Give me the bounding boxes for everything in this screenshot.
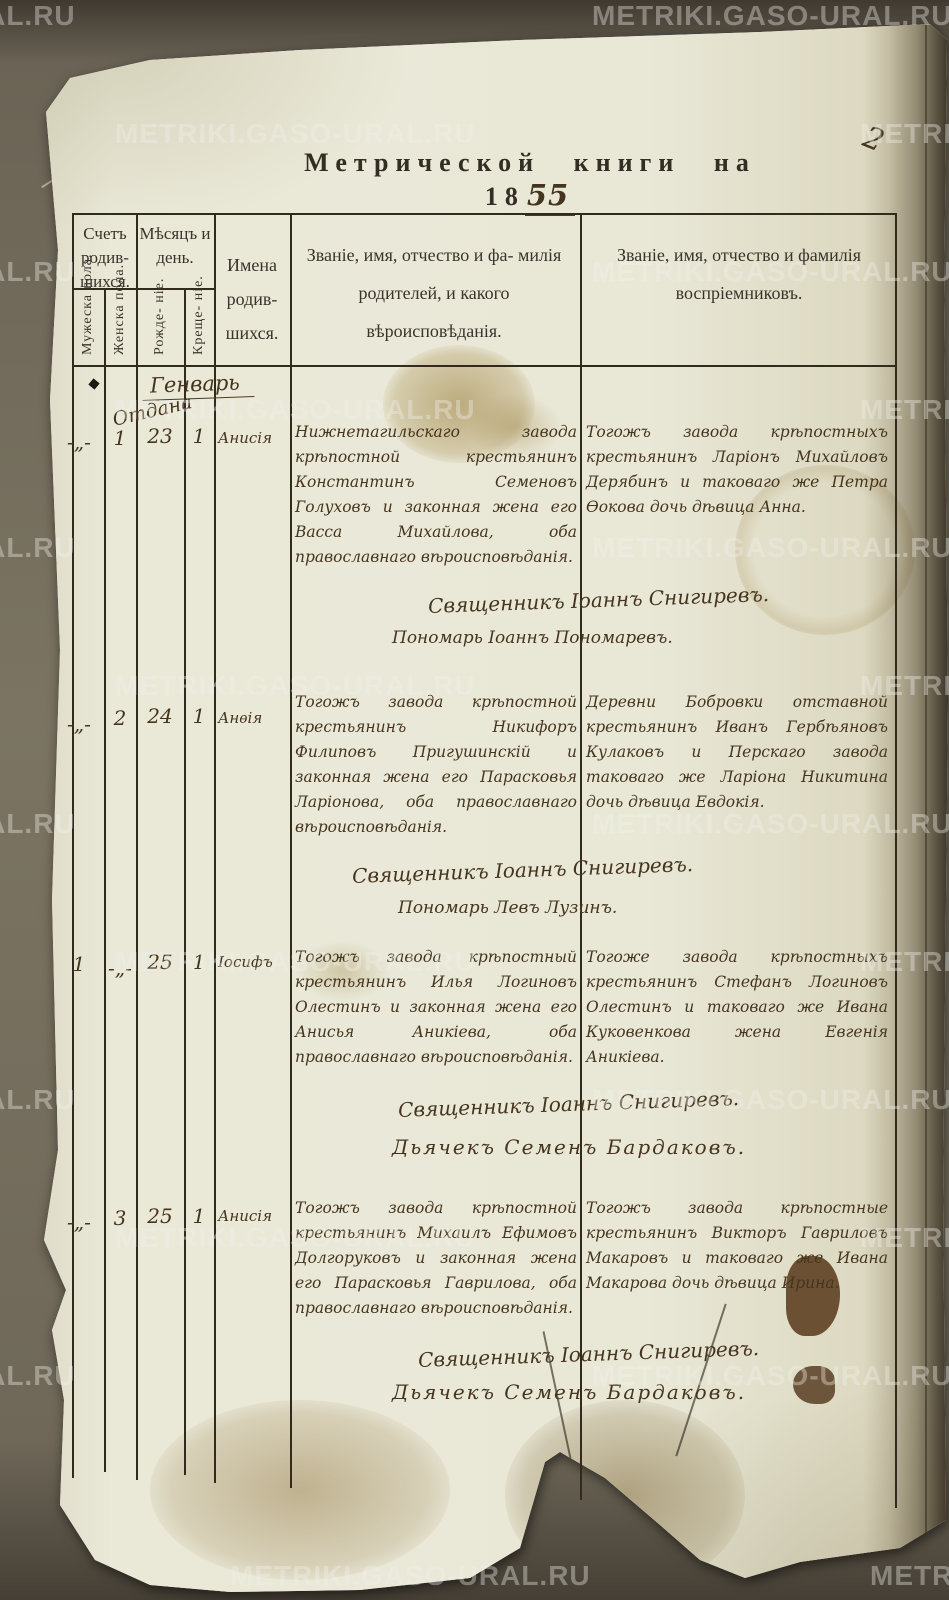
watermark-text: METRIKI.GASO-URAL.RU — [115, 670, 476, 702]
clerk-signature: Пономарь Левъ Лузинъ. — [398, 898, 617, 918]
clerk-signature: Пономарь Іоаннъ Пономаревъ. — [392, 628, 673, 648]
table-hline — [72, 213, 896, 215]
watermark-text: METRIKI.GASO-URAL.RU — [115, 1222, 476, 1254]
birth-day: 24 — [136, 704, 184, 728]
parents-text: Тогожъ завода крѣпостной крестьянинъ Ник… — [295, 690, 577, 840]
count-male: -„- — [56, 712, 102, 736]
watermark-text: METRIKI.GASO-URAL.RU — [115, 394, 476, 426]
watermark-text: METRIKI.GASO-URAL.RU — [870, 1560, 949, 1592]
count-female: 1 — [104, 426, 136, 450]
watermark-text: METRIKI.GASO-URAL.RU — [860, 670, 949, 702]
watermark-text: METRIKI.GASO-URAL.RU — [592, 532, 949, 564]
table-vline — [184, 288, 186, 1475]
watermark-text: METRIKI.GASO-URAL.RU — [0, 808, 76, 840]
header-names: Имена родив- шихся. — [216, 248, 288, 350]
table-vline — [104, 288, 106, 1472]
baptism-day: 1 — [184, 704, 214, 728]
header-month-group: Мѣсяцъ и день. — [138, 222, 212, 270]
header-month-birth: Рожде- ніе. — [152, 285, 168, 355]
header-count-male: Мужеска пола. — [80, 285, 96, 355]
watermark-text: METRIKI.GASO-URAL.RU — [115, 946, 476, 978]
count-male: -„- — [56, 1210, 102, 1234]
child-name: Анѳія — [218, 708, 288, 728]
birth-day: 23 — [136, 424, 184, 448]
watermark-text: METRIKI.GASO-URAL.RU — [0, 0, 76, 32]
clerk-signature: Дьячекъ Семенъ Бардаковъ. — [392, 1135, 746, 1159]
godparents-text: Тогоже завода крѣпостныхъ крестьянинъ Ст… — [586, 945, 888, 1070]
header-parents: Званіе, имя, отчество и фа- милія родите… — [300, 236, 568, 350]
watermark-text: METRIKI.GASO-URAL.RU — [0, 532, 76, 564]
table-hline — [72, 365, 896, 367]
watermark-text: METRIKI.GASO-URAL.RU — [592, 256, 949, 288]
child-name: Анисія — [218, 428, 288, 448]
water-stain — [150, 1400, 450, 1580]
watermark-text: METRIKI.GASO-URAL.RU — [860, 1222, 949, 1254]
watermark-text: METRIKI.GASO-URAL.RU — [0, 256, 76, 288]
header-count-female: Женска пола. — [112, 285, 128, 355]
watermark-text: METRIKI.GASO-URAL.RU — [860, 118, 949, 150]
watermark-text: METRIKI.GASO-URAL.RU — [115, 118, 476, 150]
watermark-text: METRIKI.GASO-URAL.RU — [230, 1560, 591, 1592]
screenshot-root: Метрической книги на 1855 2 Счетъ родив-… — [0, 0, 949, 1600]
watermark-text: METRIKI.GASO-URAL.RU — [592, 0, 949, 32]
watermark-text: METRIKI.GASO-URAL.RU — [860, 394, 949, 426]
watermark-text: METRIKI.GASO-URAL.RU — [592, 1360, 949, 1392]
godparents-text: Тогожъ завода крѣпостные крестьянинъ Вик… — [586, 1196, 888, 1296]
parents-text: Нижнетагильскаго завода крѣпостной крест… — [295, 420, 577, 570]
godparents-text: Тогожъ завода крѣпостныхъ крестьянинъ Ла… — [586, 420, 888, 520]
watermark-text: METRIKI.GASO-URAL.RU — [592, 1084, 949, 1116]
parents-text: Тогожъ завода крѣпостной крестьянинъ Мих… — [295, 1196, 577, 1321]
watermark-text: METRIKI.GASO-URAL.RU — [860, 946, 949, 978]
watermark-text: METRIKI.GASO-URAL.RU — [0, 1360, 76, 1392]
page-title: Метрической книги на 1855 — [250, 148, 810, 212]
watermark-text: METRIKI.GASO-URAL.RU — [0, 1084, 76, 1116]
table-vline — [72, 213, 74, 1478]
count-female: 2 — [104, 706, 136, 730]
title-year-handwritten: 55 — [525, 178, 575, 216]
baptism-day: 1 — [184, 424, 214, 448]
watermark-text: METRIKI.GASO-URAL.RU — [592, 808, 949, 840]
count-male: 1 — [56, 952, 102, 976]
count-male: -„- — [56, 430, 102, 454]
godparents-text: Деревни Бобровки отставной крестьянинъ И… — [586, 690, 888, 815]
header-month-baptism: Креще- ніе. — [191, 285, 207, 355]
